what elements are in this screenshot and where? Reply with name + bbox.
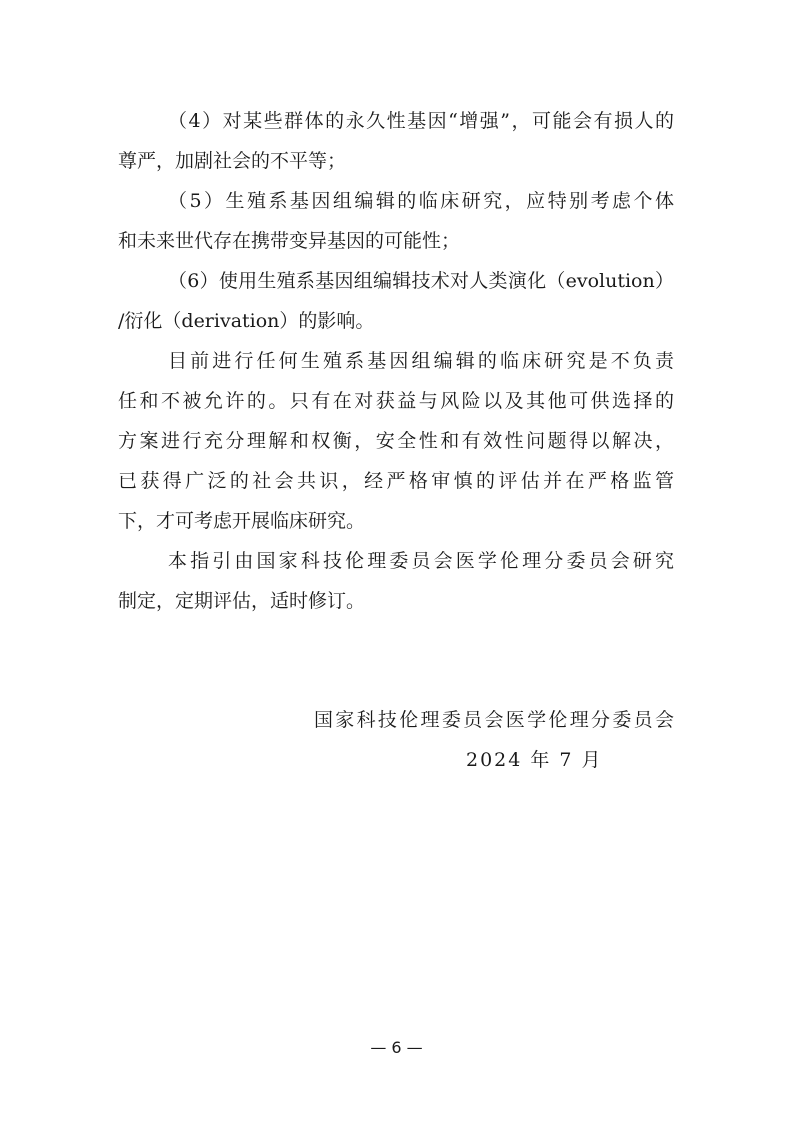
paragraph-clinical-line-4: 已获得广泛的社会共识，经严格审慎的评估并在严格监管 (118, 466, 674, 496)
signature-organization: 国家科技伦理委员会医学伦理分委员会 (314, 705, 674, 735)
paragraph-item-6-line-2: /衍化（derivation）的影响。 (118, 306, 674, 336)
paragraph-authorship-line-1: 本指引由国家科技伦理委员会医学伦理分委员会研究 (168, 546, 674, 576)
paragraph-clinical-line-5: 下，才可考虑开展临床研究。 (118, 506, 674, 536)
paragraph-item-5-line-1: （5）生殖系基因组编辑的临床研究，应特别考虑个体 (168, 186, 674, 216)
page-number: — 6 — (0, 1036, 793, 1060)
paragraph-item-4-line-1: （4）对某些群体的永久性基因“增强”，可能会有损人的 (168, 106, 674, 136)
paragraph-item-6-line-1: （6）使用生殖系基因组编辑技术对人类演化（evolution） (168, 266, 674, 296)
paragraph-item-5-line-2: 和未来世代存在携带变异基因的可能性； (118, 226, 674, 256)
paragraph-authorship-line-2: 制定，定期评估，适时修订。 (118, 586, 674, 616)
paragraph-clinical-line-1: 目前进行任何生殖系基因组编辑的临床研究是不负责 (168, 346, 674, 376)
paragraph-item-4-line-2: 尊严，加剧社会的不平等； (118, 146, 674, 176)
paragraph-clinical-line-3: 方案进行充分理解和权衡，安全性和有效性问题得以解决， (118, 426, 674, 456)
signature-date: 2024 年 7 月 (466, 745, 603, 775)
document-page: （4）对某些群体的永久性基因“增强”，可能会有损人的 尊严，加剧社会的不平等； … (0, 0, 793, 1122)
paragraph-clinical-line-2: 任和不被允许的。只有在对获益与风险以及其他可供选择的 (118, 386, 674, 416)
